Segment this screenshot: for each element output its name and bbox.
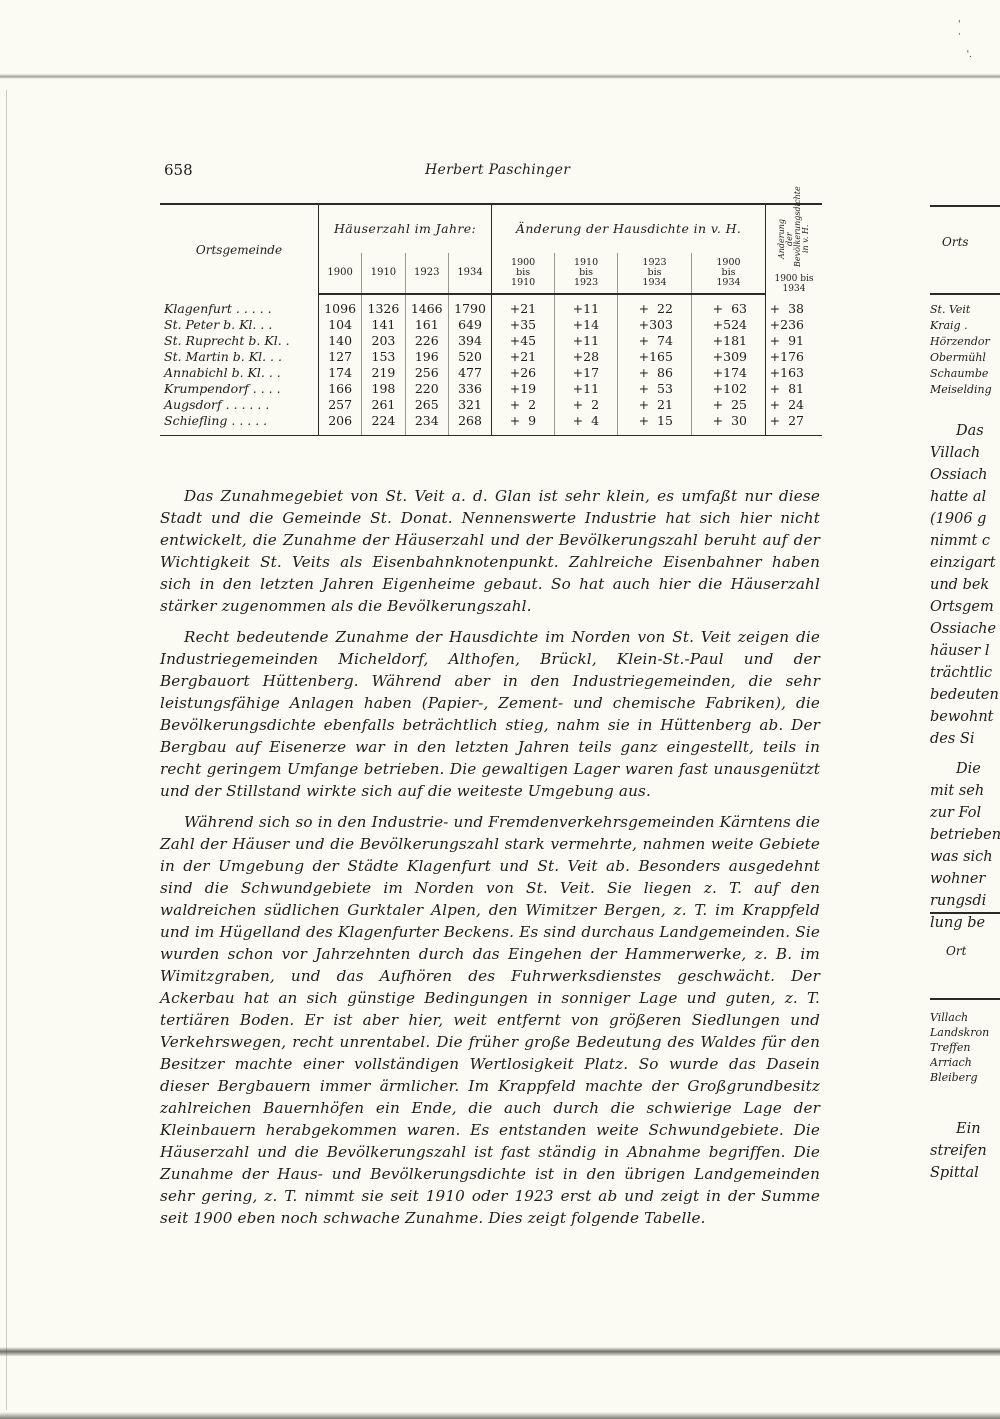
houses-1910: 1326: [362, 294, 405, 317]
adjacent-table2-header: Ort: [946, 944, 966, 958]
header-year-1910: 1910: [362, 253, 405, 294]
houses-1923: 1466: [405, 294, 448, 317]
houses-1923: 256: [405, 365, 448, 381]
houses-1934: 268: [448, 413, 491, 436]
density-change-1910-1923: +28: [555, 349, 618, 365]
scan-shadow-left: [6, 90, 7, 1410]
adjacent-table1-top-rule: [930, 205, 1000, 207]
density-change-1900-1910: +35: [492, 317, 555, 333]
houses-1934: 649: [448, 317, 491, 333]
table-row: Klagenfurt . . . . . 1096 1326 1466 1790…: [160, 294, 822, 317]
houses-1910: 219: [362, 365, 405, 381]
paragraph: Das Zunahmegebiet von St. Veit a. d. Gla…: [160, 485, 820, 617]
table-row: Krumpendorf . . . . 166 198 220 336 +19 …: [160, 381, 822, 397]
density-change-1910-1923: +11: [555, 381, 618, 397]
body-text: Das Zunahmegebiet von St. Veit a. d. Gla…: [160, 485, 820, 1238]
density-change-1910-1923: +17: [555, 365, 618, 381]
houses-1923: 234: [405, 413, 448, 436]
table-row: St. Peter b. Kl. . . 104 141 161 649 +35…: [160, 317, 822, 333]
header-period-1900-1910: 1900bis1910: [492, 253, 555, 294]
houses-1900: 174: [319, 365, 362, 381]
houses-1900: 127: [319, 349, 362, 365]
header-population-period-end: 1934: [783, 284, 806, 294]
population-change: +163: [766, 365, 823, 381]
houses-1900: 166: [319, 381, 362, 397]
houses-1934: 394: [448, 333, 491, 349]
running-title: Herbert Paschinger: [425, 162, 570, 178]
density-change-1923-1934: +165: [618, 349, 692, 365]
place-name: Augsdorf . . . . . .: [160, 397, 319, 413]
density-change-1910-1923: +11: [555, 294, 618, 317]
houses-1900: 1096: [319, 294, 362, 317]
houses-1900: 140: [319, 333, 362, 349]
place-name: St. Peter b. Kl. . .: [160, 317, 319, 333]
header-houses-group: Häuserzahl im Jahre:: [319, 204, 492, 253]
density-change-1923-1934: +303: [618, 317, 692, 333]
header-period-1923-1934: 1923bis1934: [618, 253, 692, 294]
scan-edge-bottom: [0, 1412, 1000, 1419]
density-change-1900-1910: +21: [492, 294, 555, 317]
density-change-1900-1934: + 25: [691, 397, 765, 413]
density-change-1923-1934: + 15: [618, 413, 692, 436]
density-change-1900-1934: +181: [691, 333, 765, 349]
header-population-period: 1900 bis: [774, 274, 813, 284]
adjacent-table2-rows: Villach Landskron Treffen Arriach Bleibe…: [930, 1010, 989, 1085]
density-change-1910-1923: + 2: [555, 397, 618, 413]
header-year-1900: 1900: [319, 253, 362, 294]
density-change-1910-1923: +14: [555, 317, 618, 333]
population-change: +236: [766, 317, 823, 333]
header-period-1900-1934: 1900bis1934: [691, 253, 765, 294]
houses-1923: 226: [405, 333, 448, 349]
header-period-1910-1923: 1910bis1923: [555, 253, 618, 294]
table-row: St. Martin b. Kl. . . 127 153 196 520 +2…: [160, 349, 822, 365]
population-change: + 81: [766, 381, 823, 397]
houses-1934: 477: [448, 365, 491, 381]
place-name: Krumpendorf . . . .: [160, 381, 319, 397]
adjacent-table1-header: Orts: [942, 235, 969, 249]
density-change-1900-1934: +309: [691, 349, 765, 365]
adjacent-page-fragment: Orts St. Veit Kraig . Hörzendor Obermühl…: [930, 0, 1000, 1419]
table-row: Schiefling . . . . . 206 224 234 268 + 9…: [160, 413, 822, 436]
houses-1910: 141: [362, 317, 405, 333]
houses-1923: 265: [405, 397, 448, 413]
table-row: Annabichl b. Kl. . . 174 219 256 477 +26…: [160, 365, 822, 381]
header-population-change: Änderung der Bevölkerungsdichte in v. H.…: [766, 204, 823, 294]
houses-1910: 203: [362, 333, 405, 349]
header-density-group: Änderung der Hausdichte in v. H.: [492, 204, 766, 253]
adjacent-text-block-1: Das Villach Ossiach hatte al (1906 g nim…: [930, 420, 999, 750]
density-change-1900-1910: +19: [492, 381, 555, 397]
population-change: + 27: [766, 413, 823, 436]
place-name: Schiefling . . . . .: [160, 413, 319, 436]
density-change-1910-1923: + 4: [555, 413, 618, 436]
house-density-table: Ortsgemeinde Häuserzahl im Jahre: Änderu…: [160, 203, 822, 436]
houses-1900: 257: [319, 397, 362, 413]
population-change: +176: [766, 349, 823, 365]
density-change-1900-1934: + 63: [691, 294, 765, 317]
page-number: 658: [164, 161, 193, 179]
header-year-1934: 1934: [448, 253, 491, 294]
adjacent-text-block-2: Die mit seh zur Fol betrieben was sich w…: [930, 758, 1000, 934]
place-name: St. Ruprecht b. Kl. .: [160, 333, 319, 349]
density-change-1900-1910: + 9: [492, 413, 555, 436]
density-change-1900-1934: +174: [691, 365, 765, 381]
houses-1923: 196: [405, 349, 448, 365]
adjacent-table1-rows: St. Veit Kraig . Hörzendor Obermühl Scha…: [930, 302, 992, 398]
houses-1934: 336: [448, 381, 491, 397]
houses-1923: 161: [405, 317, 448, 333]
density-change-1900-1910: +26: [492, 365, 555, 381]
population-change: + 91: [766, 333, 823, 349]
population-change: + 24: [766, 397, 823, 413]
scan-shadow-bottom: [0, 1347, 1000, 1356]
adjacent-table1-header-rule: [930, 293, 1000, 295]
table-row: St. Ruprecht b. Kl. . 140 203 226 394 +4…: [160, 333, 822, 349]
density-change-1910-1923: +11: [555, 333, 618, 349]
houses-1910: 224: [362, 413, 405, 436]
paragraph: Während sich so in den Industrie- und Fr…: [160, 811, 820, 1229]
density-change-1923-1934: + 53: [618, 381, 692, 397]
scan-shadow-top: [0, 74, 1000, 79]
place-name: St. Martin b. Kl. . .: [160, 349, 319, 365]
density-change-1900-1910: +21: [492, 349, 555, 365]
density-change-1900-1934: +102: [691, 381, 765, 397]
density-change-1923-1934: + 86: [618, 365, 692, 381]
houses-1910: 261: [362, 397, 405, 413]
place-name: Annabichl b. Kl. . .: [160, 365, 319, 381]
density-change-1923-1934: + 22: [618, 294, 692, 317]
houses-1934: 1790: [448, 294, 491, 317]
page-658: 658 Herbert Paschinger Ortsgemeinde Häus…: [160, 155, 820, 185]
houses-1934: 321: [448, 397, 491, 413]
table-row: Augsdorf . . . . . . 257 261 265 321 + 2…: [160, 397, 822, 413]
adjacent-table2-header-rule: [930, 998, 1000, 1000]
houses-1900: 104: [319, 317, 362, 333]
population-change: + 38: [766, 294, 823, 317]
density-change-1923-1934: + 74: [618, 333, 692, 349]
adjacent-text-block-3: Ein streifen Spittal: [930, 1118, 987, 1184]
adjacent-table2-top-rule: [930, 912, 1000, 914]
houses-1910: 153: [362, 349, 405, 365]
paragraph: Recht bedeutende Zunahme der Hausdichte …: [160, 626, 820, 802]
density-change-1900-1910: +45: [492, 333, 555, 349]
houses-1923: 220: [405, 381, 448, 397]
density-change-1923-1934: + 21: [618, 397, 692, 413]
houses-1900: 206: [319, 413, 362, 436]
header-place: Ortsgemeinde: [160, 204, 319, 294]
density-change-1900-1910: + 2: [492, 397, 555, 413]
header-year-1923: 1923: [405, 253, 448, 294]
houses-1934: 520: [448, 349, 491, 365]
running-head: 658 Herbert Paschinger: [160, 155, 820, 185]
density-change-1900-1934: + 30: [691, 413, 765, 436]
houses-1910: 198: [362, 381, 405, 397]
header-population-label: Änderung der Bevölkerungsdichte in v. H.: [778, 211, 810, 267]
place-name: Klagenfurt . . . . .: [160, 294, 319, 317]
density-change-1900-1934: +524: [691, 317, 765, 333]
